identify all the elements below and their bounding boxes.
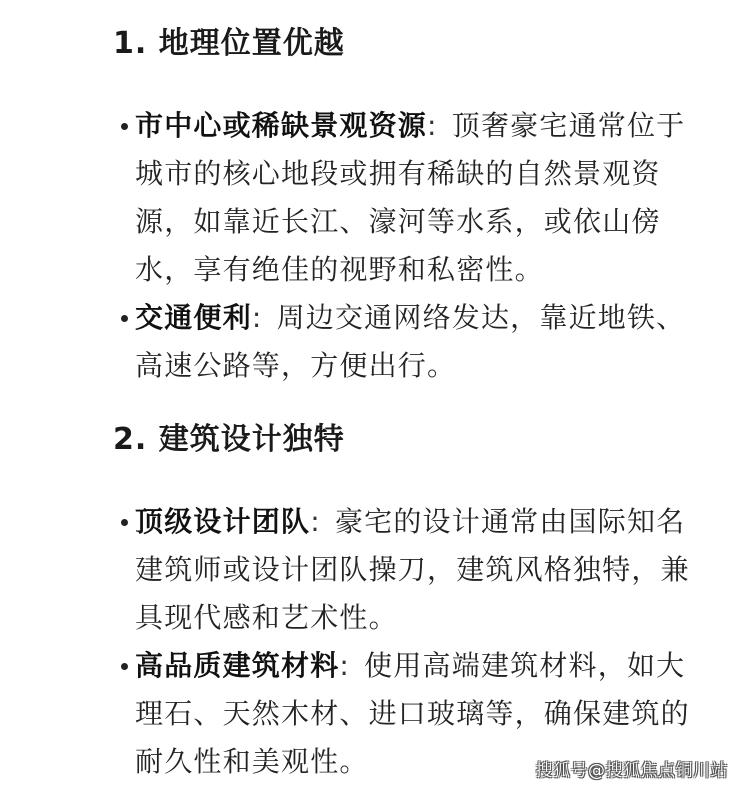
bullet-icon	[113, 294, 135, 342]
list-item-transport: 交通便利: 周边交通网络发达，靠近地铁、高速公路等，方便出行。	[113, 294, 713, 390]
bullet-icon	[113, 498, 135, 546]
section-heading-location: 1. 地理位置优越	[113, 24, 345, 64]
list-item-city-center: 市中心或稀缺景观资源: 顶奢豪宅通常位于城市的核心地段或拥有稀缺的自然景观资源，…	[113, 102, 713, 294]
item-separator: :	[310, 505, 321, 538]
item-term: 顶级设计团队	[135, 505, 310, 538]
list-item-design-team: 顶级设计团队: 豪宅的设计通常由国际知名建筑师或设计团队操刀，建筑风格独特，兼具…	[113, 498, 713, 642]
bullet-icon	[113, 102, 135, 150]
item-separator: :	[252, 301, 263, 334]
item-separator: :	[339, 649, 350, 682]
section-heading-design: 2. 建筑设计独特	[113, 420, 345, 460]
item-term: 市中心或稀缺景观资源	[135, 109, 427, 142]
item-term: 交通便利	[135, 301, 252, 334]
list-item-text: 市中心或稀缺景观资源: 顶奢豪宅通常位于城市的核心地段或拥有稀缺的自然景观资源，…	[135, 102, 713, 294]
item-separator: :	[427, 109, 438, 142]
document: 1. 地理位置优越 市中心或稀缺景观资源: 顶奢豪宅通常位于城市的核心地段或拥有…	[0, 0, 740, 789]
watermark: 搜狐号@搜狐焦点铜川站	[536, 756, 729, 781]
list-item-text: 交通便利: 周边交通网络发达，靠近地铁、高速公路等，方便出行。	[135, 294, 713, 390]
bullet-icon	[113, 642, 135, 690]
list-item-text: 顶级设计团队: 豪宅的设计通常由国际知名建筑师或设计团队操刀，建筑风格独特，兼具…	[135, 498, 713, 642]
item-term: 高品质建筑材料	[135, 649, 339, 682]
